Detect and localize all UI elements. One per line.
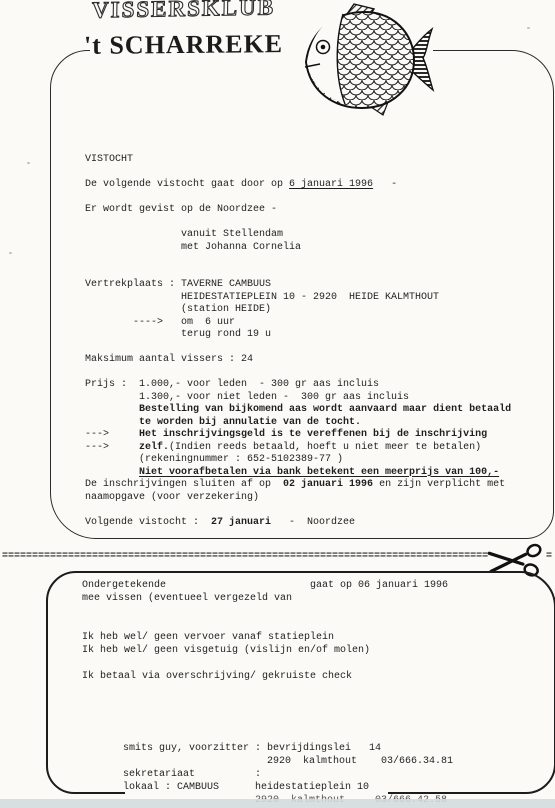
scan-speck [27, 162, 30, 164]
scan-edge-artifact [0, 799, 555, 808]
cut-line-dashes: ========================================… [2, 551, 492, 562]
scan-speck [9, 252, 12, 254]
scanned-newsletter-page: VISSERSKLUB 't SCHARREKE [0, 0, 555, 808]
club-name-title: VISSERSKLUB [92, 0, 276, 24]
fish-logo-icon [296, 0, 438, 120]
vistocht-notice-text: VISTOCHT De volgende vistocht gaat door … [85, 154, 511, 529]
registration-form-text: Ondergetekende gaat op 06 januari 1996me… [82, 579, 448, 683]
scan-speck [527, 27, 530, 29]
club-subname-title: 't SCHARREKE [84, 29, 283, 61]
contact-footer-text: smits guy, voorzitter : bevrijdingslei 1… [123, 742, 453, 807]
cut-line-dash-right: = [546, 551, 552, 562]
